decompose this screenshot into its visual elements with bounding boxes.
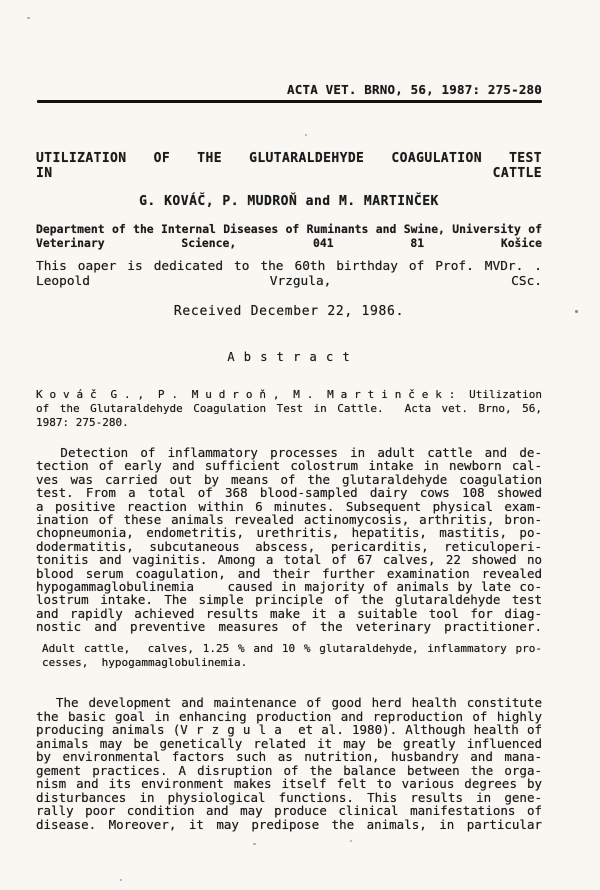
- scan-speck: [575, 310, 578, 313]
- abstract-citation: K o v á č G . , P . M u d r o ň , M . M …: [36, 388, 542, 430]
- dedication: This oaper is dedicated to the 60th birt…: [36, 259, 542, 289]
- abstract-text: Detection of inflammatory processes in a…: [36, 446, 542, 634]
- scan-speck: [253, 843, 256, 845]
- scan-speck: [27, 17, 30, 19]
- received-date: Received December 22, 1986.: [36, 304, 542, 319]
- scan-speck: [350, 840, 352, 842]
- header-rule: [37, 100, 542, 103]
- scan-speck: [305, 134, 307, 136]
- paper-title: UTILIZATION OF THE GLUTARALDEHYDE COAGUL…: [36, 152, 542, 181]
- keywords-line: Adult cattle, calves, 1.25 % and 10 % gl…: [36, 642, 542, 669]
- body-paragraph: The development and maintenance of good …: [36, 696, 542, 831]
- scan-speck: [120, 879, 122, 881]
- journal-header: ACTA VET. BRNO, 56, 1987: 275-280: [36, 82, 542, 97]
- affiliation: Department of the Internal Diseases of R…: [36, 222, 542, 250]
- abstract-heading: A b s t r a c t: [36, 350, 542, 364]
- journal-page-scan: ACTA VET. BRNO, 56, 1987: 275-280 UTILIZ…: [0, 0, 600, 890]
- authors-line: G. KOVÁČ, P. MUDROŇ and M. MARTINČEK: [36, 194, 542, 209]
